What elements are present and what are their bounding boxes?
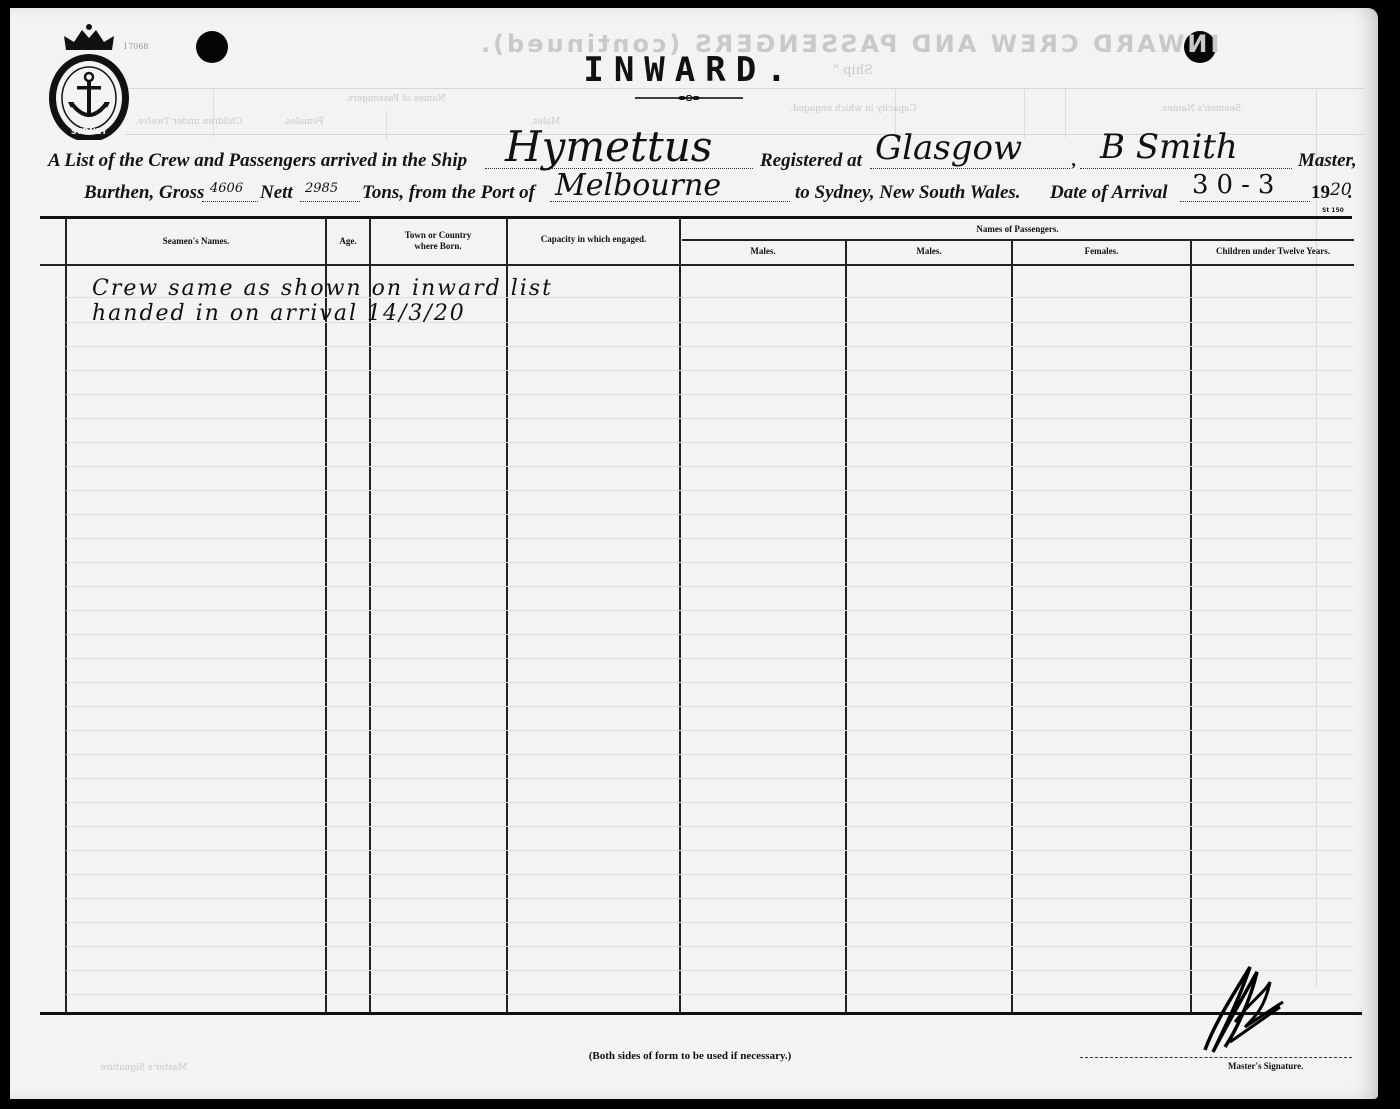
row-rule	[66, 370, 1353, 371]
date-of-arrival-label: Date of Arrival	[1050, 182, 1168, 204]
row-rule	[66, 586, 1353, 587]
column-line	[369, 218, 371, 1013]
column-header-males-1: Males.	[681, 246, 845, 257]
row-rule	[66, 514, 1353, 515]
year-printed: 19	[1311, 182, 1330, 204]
ship-name-value: Hymettus	[505, 122, 712, 171]
master-label: Master,	[1298, 150, 1357, 172]
column-header-names-of-passengers: Names of Passengers.	[681, 224, 1354, 235]
row-rule	[66, 490, 1353, 491]
gross-tons-value: 4606	[210, 181, 243, 196]
row-rule	[66, 778, 1353, 779]
burthen-gross-label: Burthen, Gross	[84, 182, 204, 204]
column-line	[506, 218, 508, 1013]
row-rule	[66, 826, 1353, 827]
row-rule	[66, 634, 1353, 635]
masters-signature-label: Master's Signature.	[1228, 1061, 1303, 1071]
year-period: .	[1348, 182, 1353, 204]
nett-label: Nett	[260, 182, 293, 204]
registered-port-value: Glasgow	[875, 128, 1022, 168]
bleed-through-label: Capacity in which engaged.	[790, 104, 916, 114]
comma: ,	[1072, 150, 1077, 172]
column-header-males-2: Males.	[847, 246, 1011, 257]
row-rule	[66, 706, 1353, 707]
bleed-through-label: Master's Signature	[100, 1063, 187, 1073]
row-rule	[66, 970, 1353, 971]
row-rule	[66, 658, 1353, 659]
row-rule	[66, 394, 1353, 395]
bleed-through-column-line	[1024, 88, 1025, 138]
bleed-through-label: Seamen's Names.	[1160, 104, 1241, 114]
destination-label: to Sydney, New South Wales.	[795, 182, 1021, 204]
master-signature-icon	[1195, 962, 1290, 1057]
row-rule	[66, 850, 1353, 851]
nett-tons-value: 2985	[305, 181, 338, 196]
row-rule	[66, 994, 1353, 995]
row-rule	[66, 346, 1353, 347]
column-line	[679, 218, 681, 1013]
bleed-through-label: Children under Twelve.	[135, 117, 242, 127]
bleed-through-column-line	[1065, 88, 1066, 138]
column-line	[65, 218, 67, 1013]
row-rule	[66, 466, 1353, 467]
handwritten-entry-line-2: handed in on arrival 14/3/20	[92, 301, 466, 326]
row-rule	[66, 562, 1353, 563]
row-rule	[66, 730, 1353, 731]
table-top-rule	[40, 216, 1352, 219]
bleed-through-column-line	[213, 88, 214, 138]
column-header-born: Town or Country where Born.	[392, 230, 484, 252]
row-rule	[66, 946, 1353, 947]
column-header-capacity: Capacity in which engaged.	[508, 234, 679, 245]
svg-text:SYDNEY: SYDNEY	[71, 127, 107, 136]
document-title: INWARD.	[0, 50, 1380, 90]
form-usage-note: (Both sides of form to be used if necess…	[0, 1050, 1380, 1062]
row-rule	[66, 874, 1353, 875]
column-header-children: Children under Twelve Years.	[1192, 246, 1354, 257]
row-rule	[66, 802, 1353, 803]
row-rule	[66, 754, 1353, 755]
column-line	[325, 218, 327, 1013]
row-rule	[66, 418, 1353, 419]
row-rule	[66, 610, 1353, 611]
passengers-subheader-rule	[682, 239, 1354, 241]
from-port-value: Melbourne	[555, 168, 721, 203]
column-header-age: Age.	[327, 236, 369, 247]
signature-line	[1080, 1057, 1352, 1058]
sheet-code: St 150	[1322, 207, 1344, 214]
header-bottom-rule	[40, 264, 1354, 266]
row-rule	[66, 898, 1353, 899]
row-rule	[66, 538, 1353, 539]
column-header-seamens-names: Seamen's Names.	[67, 236, 325, 247]
row-rule	[66, 442, 1353, 443]
master-name-value: B Smith	[1100, 127, 1238, 167]
list-of-crew-label: A List of the Crew and Passengers arrive…	[48, 150, 467, 172]
arrival-date-value: 30-3	[1192, 170, 1282, 200]
bleed-through-label: Females.	[283, 117, 324, 127]
row-rule	[66, 922, 1353, 923]
tons-from-port-label: Tons, from the Port of	[362, 182, 535, 204]
bleed-through-label: Names of Passengers.	[345, 94, 445, 104]
title-ornament-icon	[635, 95, 743, 101]
registered-at-label: Registered at	[760, 150, 862, 172]
handwritten-entry-line-1: Crew same as shown on inward list	[92, 276, 553, 301]
column-header-females: Females.	[1013, 246, 1190, 257]
bleed-through-column-line	[386, 110, 387, 140]
row-rule	[66, 682, 1353, 683]
table-bottom-rule	[40, 1012, 1362, 1015]
